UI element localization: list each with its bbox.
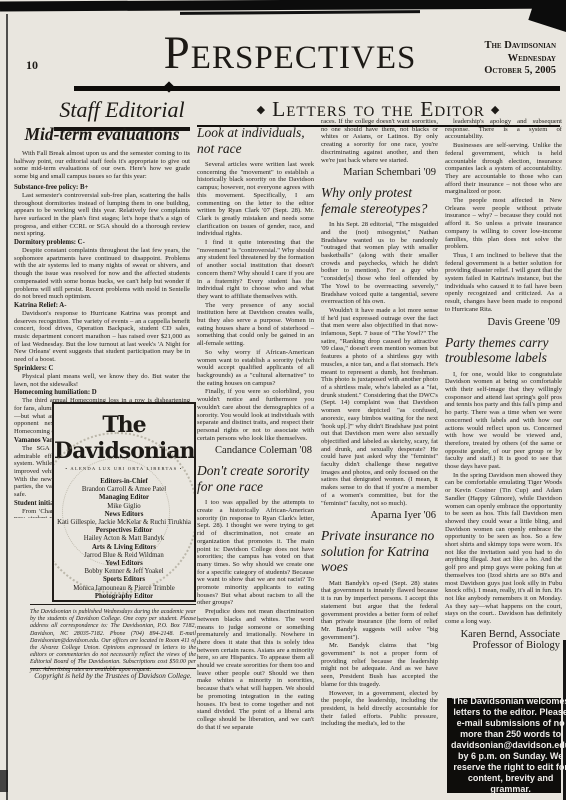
diamond-icon: ◆ xyxy=(251,104,272,116)
paper-date: October 5, 2005 xyxy=(436,65,556,78)
scan-edge-left xyxy=(6,14,8,800)
letter-signature: Karen Bernd, Associate Professor of Biol… xyxy=(445,629,560,651)
letter-signature: Marian Schembari '09 xyxy=(321,167,436,178)
letter-paragraph: I too was appalled by the attempts to cr… xyxy=(197,499,314,607)
header-rule xyxy=(74,86,560,91)
letter-signature: Candance Coleman '08 xyxy=(197,445,312,456)
role-names: Jessica Hodge xyxy=(54,601,194,602)
letter-continuation-paragraphs: leadership's apology and subsequent resp… xyxy=(445,118,562,314)
masthead-role: Arts & Living Editors Jarrod Blue & Reid… xyxy=(54,544,194,560)
section-title: Perspectives xyxy=(110,26,470,80)
masthead-role: Sports Editors Monica Iamouneau & Pierce… xyxy=(54,576,194,592)
role-names: Brandon Carroll & Amee Patel xyxy=(54,486,194,494)
role-names: Monica Iamouneau & Pierce Trimble xyxy=(54,585,194,593)
letter-paragraph: Several articles were written last week … xyxy=(197,161,314,238)
letter-paragraphs: Matt Bandyk's op-ed (Sept. 28) states th… xyxy=(321,580,438,728)
masthead-role: Editors-in-Chief Brandon Carroll & Amee … xyxy=(54,478,194,494)
letters-policy-notice: The Davidsonian welcomes letters to the … xyxy=(447,698,561,793)
column-letters-1: Look at individuals, not race Several ar… xyxy=(197,118,314,800)
grade-label: Dormitory problems: C- xyxy=(14,239,190,247)
role-names: Hailey Acton & Matt Bandyk xyxy=(54,535,194,543)
letter-paragraph: Thus, I am inclined to believe that the … xyxy=(445,252,562,314)
masthead-role: News Editors Kati Gillespie, Jackie McKe… xyxy=(54,511,194,527)
masthead-role: Managing Editor Mike Giglio xyxy=(54,494,194,510)
letter-continuation: races. If the college doesn't want soror… xyxy=(321,118,438,164)
grade-text: Last semester's controversial sub-free p… xyxy=(14,192,190,238)
role-title: Perspectives Editor xyxy=(54,527,194,535)
grade-item: Sprinklers: CPhysical plant means well, … xyxy=(14,365,190,388)
paper-dateline: The Davidsonian Wednesday October 5, 200… xyxy=(436,40,556,78)
letter-paragraphs: In his Sept. 28 editorial, "The misguide… xyxy=(321,221,438,507)
grade-text: Davidson's response to Hurricane Katrina… xyxy=(14,310,190,364)
role-names: Bobby Kenner & Jeff Yoakel xyxy=(54,568,194,576)
scan-edge-top xyxy=(0,0,566,11)
letter-paragraph: Mr. Bandyk claims that "big government" … xyxy=(321,642,438,688)
publication-fineprint: The Davidsonian is published Wednesdays … xyxy=(30,604,196,674)
copyright-line: Copyright is held by the Trustees of Dav… xyxy=(30,668,196,680)
editorial-title: Mid-term evaluations xyxy=(14,124,190,145)
letter-paragraph: In the spring Davidson men showed they c… xyxy=(445,472,562,626)
grade-item: Dormitory problems: C-Despite constant c… xyxy=(14,239,190,301)
letter-paragraph: I, for one, would like to congratulate D… xyxy=(445,371,562,471)
role-title: Managing Editor xyxy=(54,494,194,502)
scan-blot xyxy=(0,770,8,792)
letter-paragraphs: I too was appalled by the attempts to cr… xyxy=(197,499,314,731)
letter-paragraphs: I, for one, would like to congratulate D… xyxy=(445,371,562,626)
letters-policy-text: The Davidsonian welcomes letters to the … xyxy=(451,696,566,795)
grade-label: Sprinklers: C xyxy=(14,365,190,373)
role-names: Kati Gillespie, Jackie McKelar & Ruchi T… xyxy=(54,519,194,527)
page-number: 10 xyxy=(26,58,38,73)
letter-paragraph: However, in a government, elected by the… xyxy=(321,690,438,729)
diamond-icon: ◆ xyxy=(485,104,506,116)
grade-item: Katrina Relief: A-Davidson's response to… xyxy=(14,302,190,364)
masthead-box: The Davidsonian • ALENDA LUX UBI ORTA LI… xyxy=(52,402,196,602)
masthead-motto: • ALENDA LUX UBI ORTA LIBERTAS • xyxy=(54,466,194,471)
letter-paragraph: So why worry if African-American women w… xyxy=(197,349,314,388)
column-letters-3: leadership's apology and subsequent resp… xyxy=(445,118,562,696)
letter-paragraph: The people most affected in New Orleans … xyxy=(445,197,562,251)
letter-title: Look at individuals, not race xyxy=(197,125,314,156)
role-title: Editors-in-Chief xyxy=(54,478,194,486)
grade-item: Substance-free policy: B+Last semester's… xyxy=(14,184,190,238)
masthead-roles: Editors-in-Chief Brandon Carroll & Amee … xyxy=(54,478,194,602)
letter-paragraph: leadership's apology and subsequent resp… xyxy=(445,118,562,141)
editorial-intro: With Fall Break almost upon us and the s… xyxy=(14,150,190,181)
letter-paragraph: Matt Bandyk's op-ed (Sept. 28) states th… xyxy=(321,580,438,642)
letter-paragraphs: Several articles were written last week … xyxy=(197,161,314,442)
paper-day: Wednesday xyxy=(436,53,556,66)
masthead-role: Perspectives Editor Hailey Acton & Matt … xyxy=(54,527,194,543)
letter-paragraph: The very presence of any social institut… xyxy=(197,302,314,348)
letter-paragraph: Businesses are self-serving. Unlike the … xyxy=(445,142,562,196)
newspaper-page: 10 Perspectives The Davidsonian Wednesda… xyxy=(0,0,566,800)
role-title: Arts & Living Editors xyxy=(54,544,194,552)
letter-paragraph: I find it quite interesting that the "mo… xyxy=(197,239,314,301)
letter-title: Party themes carry troublesome labels xyxy=(445,335,562,366)
masthead-title: The Davidsonian xyxy=(54,412,194,464)
role-title: Photography Editor xyxy=(54,593,194,601)
letter-signature: Aparna Iyer '06 xyxy=(321,510,436,521)
grade-label: Katrina Relief: A- xyxy=(14,302,190,310)
grade-text: Despite constant complaints throughout t… xyxy=(14,247,190,301)
role-names: Jarrod Blue & Reid Wildman xyxy=(54,552,194,560)
grade-label: Homecoming humiliation: D xyxy=(14,389,190,397)
letter-title: Don't create sorority for one race xyxy=(197,463,314,494)
role-title: Yowl Editors xyxy=(54,560,194,568)
letter-paragraph: Prejudice does not mean discrimination b… xyxy=(197,608,314,731)
letter-paragraph: Wouldn't it have made a lot more sense i… xyxy=(321,307,438,507)
column-letters-2: races. If the college doesn't want soror… xyxy=(321,118,438,800)
grade-label: Substance-free policy: B+ xyxy=(14,184,190,192)
role-title: News Editors xyxy=(54,511,194,519)
letter-title: Why only protest female stereotypes? xyxy=(321,185,438,216)
role-title: Sports Editors xyxy=(54,576,194,584)
paper-name: The Davidsonian xyxy=(436,40,556,53)
grade-text: Physical plant means well, we know they … xyxy=(14,373,190,388)
masthead-role: Yowl Editors Bobby Kenner & Jeff Yoakel xyxy=(54,560,194,576)
masthead-role: Photography Editor Jessica Hodge xyxy=(54,593,194,602)
letter-paragraph: In his Sept. 28 editorial, "The misguide… xyxy=(321,221,438,306)
role-names: Mike Giglio xyxy=(54,503,194,511)
scan-corner-mark xyxy=(528,0,566,34)
letter-signature: Davis Greene '09 xyxy=(445,317,560,328)
scan-edge-top-mark xyxy=(180,10,420,15)
letter-paragraph: Finally, if you were so colorblind, you … xyxy=(197,388,314,442)
letter-title: Private insurance no solution for Katrin… xyxy=(321,528,438,575)
